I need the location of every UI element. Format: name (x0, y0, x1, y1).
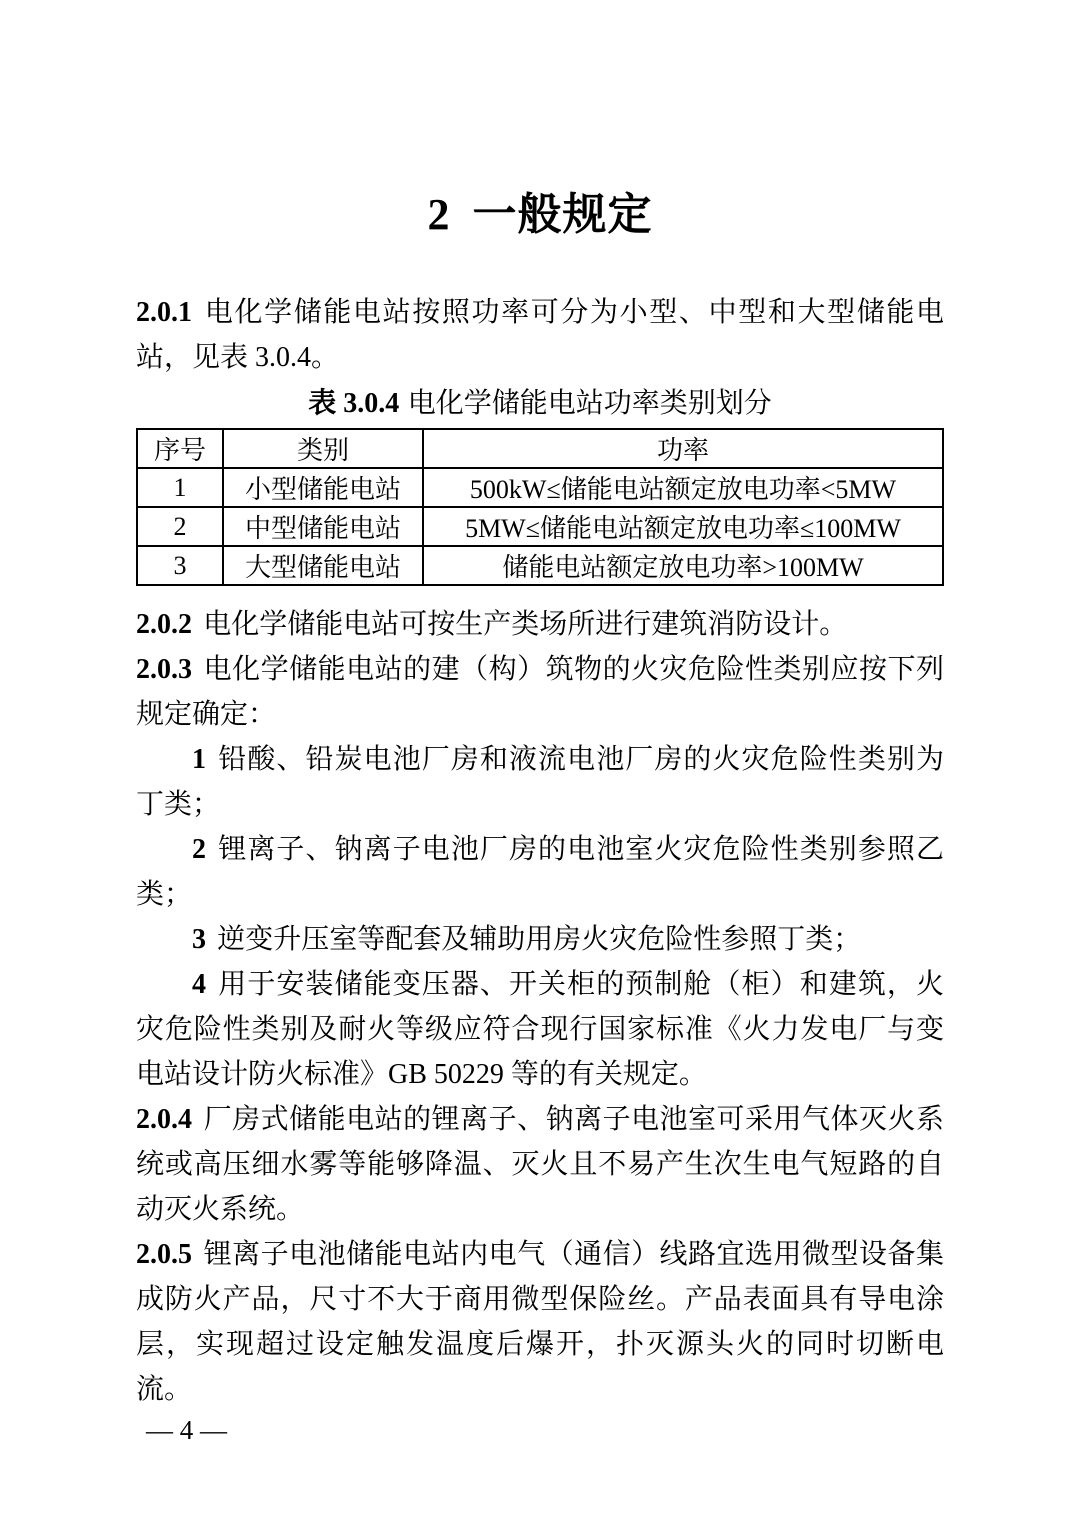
clause-text: 电化学储能电站可按生产类场所进行建筑消防设计。 (203, 609, 847, 640)
clause-number: 2.0.1 (136, 297, 192, 328)
clause-2-0-3-item-2: 2锂离子、钠离子电池厂房的电池室火灾危险性类别参照乙类； (136, 827, 944, 917)
table-caption-text: 电化学储能电站功率类别划分 (408, 388, 772, 419)
power-class-table: 序号 类别 功率 1 小型储能电站 500kW≤储能电站额定放电功率<5MW 2… (136, 428, 944, 586)
table-cell-category: 大型储能电站 (223, 546, 423, 585)
item-text: 铅酸、铅炭电池厂房和液流电池厂房的火灾危险性类别为丁类； (136, 744, 944, 820)
clause-2-0-5: 2.0.5锂离子电池储能电站内电气（通信）线路宜选用微型设备集成防火产品，尺寸不… (136, 1232, 944, 1412)
clause-text: 电化学储能电站的建（构）筑物的火灾危险性类别应按下列规定确定： (136, 654, 944, 730)
page-number: — 4 — (146, 1414, 227, 1446)
table-caption: 表 3.0.4电化学储能电站功率类别划分 (136, 386, 944, 422)
clause-number: 2.0.2 (136, 609, 192, 640)
item-text: 用于安装储能变压器、开关柜的预制舱（柜）和建筑，火灾危险性类别及耐火等级应符合现… (136, 969, 944, 1090)
clause-text: 锂离子电池储能电站内电气（通信）线路宜选用微型设备集成防火产品，尺寸不大于商用微… (136, 1239, 944, 1405)
clause-2-0-3-item-4: 4用于安装储能变压器、开关柜的预制舱（柜）和建筑，火灾危险性类别及耐火等级应符合… (136, 962, 944, 1097)
table-header-category: 类别 (223, 429, 423, 468)
clause-number: 2.0.4 (136, 1104, 192, 1135)
table-row: 1 小型储能电站 500kW≤储能电站额定放电功率<5MW (137, 468, 943, 507)
table-header-row: 序号 类别 功率 (137, 429, 943, 468)
clause-2-0-3-item-1: 1铅酸、铅炭电池厂房和液流电池厂房的火灾危险性类别为丁类； (136, 737, 944, 827)
chapter-title: 2 一般规定 (136, 186, 944, 244)
item-number: 3 (192, 924, 206, 955)
item-number: 2 (192, 834, 206, 865)
table-cell-index: 2 (137, 507, 223, 546)
table-cell-power: 5MW≤储能电站额定放电功率≤100MW (423, 507, 943, 546)
item-text: 逆变升压室等配套及辅助用房火灾危险性参照丁类； (217, 924, 861, 955)
clause-2-0-4: 2.0.4厂房式储能电站的锂离子、钠离子电池室可采用气体灭火系统或高压细水雾等能… (136, 1097, 944, 1232)
clause-2-0-2: 2.0.2电化学储能电站可按生产类场所进行建筑消防设计。 (136, 602, 944, 647)
item-number: 4 (192, 969, 206, 1000)
clause-2-0-1: 2.0.1电化学储能电站按照功率可分为小型、中型和大型储能电站，见表 3.0.4… (136, 290, 944, 380)
table-row: 3 大型储能电站 储能电站额定放电功率>100MW (137, 546, 943, 585)
table-cell-index: 3 (137, 546, 223, 585)
item-text: 锂离子、钠离子电池厂房的电池室火灾危险性类别参照乙类； (136, 834, 944, 910)
table-header-index: 序号 (137, 429, 223, 468)
page-content: 2 一般规定 2.0.1电化学储能电站按照功率可分为小型、中型和大型储能电站，见… (0, 0, 1080, 1412)
clause-text: 厂房式储能电站的锂离子、钠离子电池室可采用气体灭火系统或高压细水雾等能够降温、灭… (136, 1104, 944, 1225)
table-caption-label: 表 3.0.4 (308, 388, 399, 419)
clause-2-0-3-item-3: 3逆变升压室等配套及辅助用房火灾危险性参照丁类； (136, 917, 944, 962)
table-row: 2 中型储能电站 5MW≤储能电站额定放电功率≤100MW (137, 507, 943, 546)
table-cell-power: 500kW≤储能电站额定放电功率<5MW (423, 468, 943, 507)
item-number: 1 (192, 744, 206, 775)
table-cell-index: 1 (137, 468, 223, 507)
clause-number: 2.0.5 (136, 1239, 192, 1270)
table-cell-power: 储能电站额定放电功率>100MW (423, 546, 943, 585)
table-cell-category: 中型储能电站 (223, 507, 423, 546)
clause-2-0-3: 2.0.3电化学储能电站的建（构）筑物的火灾危险性类别应按下列规定确定： (136, 647, 944, 737)
table-cell-category: 小型储能电站 (223, 468, 423, 507)
clause-text: 电化学储能电站按照功率可分为小型、中型和大型储能电站，见表 3.0.4。 (136, 297, 944, 373)
clause-number: 2.0.3 (136, 654, 192, 685)
table-header-power: 功率 (423, 429, 943, 468)
document-page: 2 一般规定 2.0.1电化学储能电站按照功率可分为小型、中型和大型储能电站，见… (0, 0, 1080, 1528)
